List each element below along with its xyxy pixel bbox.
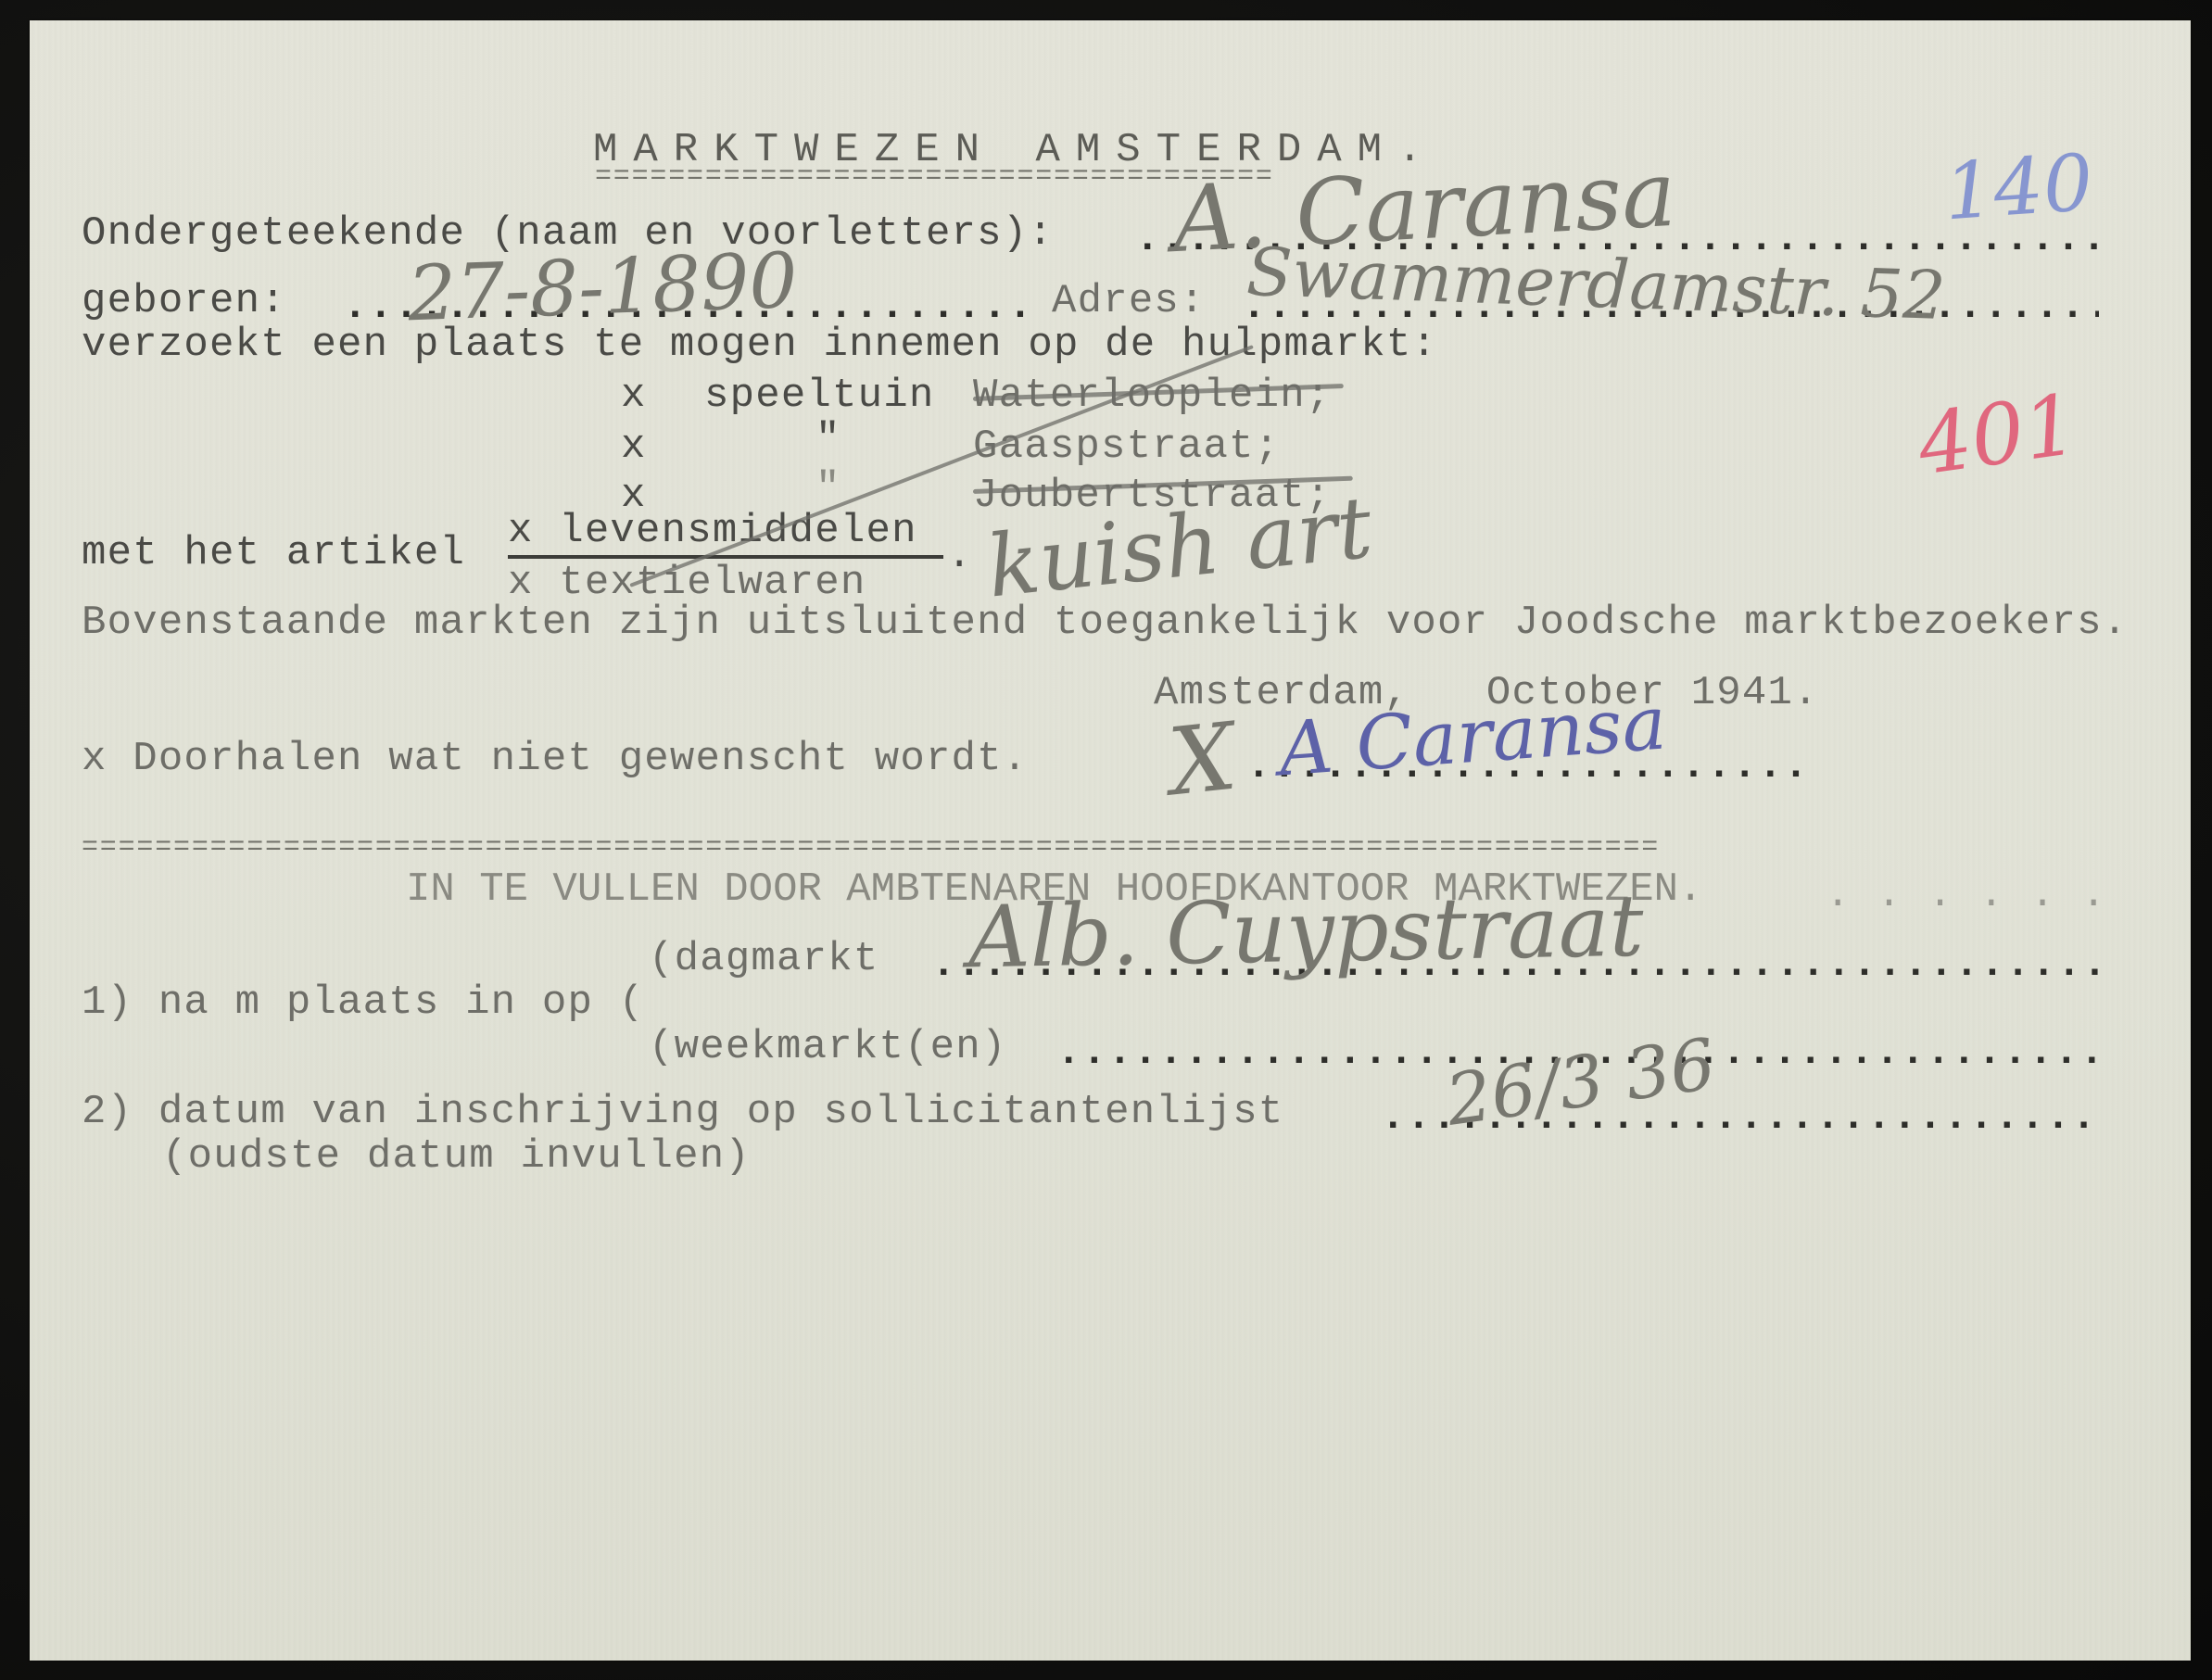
article-option-textile: x textielwaren <box>508 562 866 603</box>
market-marker: x <box>621 426 647 467</box>
market-marker: x <box>621 375 647 416</box>
week-market-label: (weekmarkt(en) <box>649 1027 1006 1067</box>
born-value[interactable]: 27-8-1890 <box>407 244 799 334</box>
article-period: . <box>947 536 973 576</box>
day-market-label: (dagmarkt <box>649 939 878 979</box>
address-label: Adres: <box>1052 281 1206 322</box>
item1-label: 1) na m plaats in op ( <box>82 982 644 1023</box>
market-prefix: " <box>815 468 841 509</box>
item2-note: (oudste datum invullen) <box>162 1136 751 1177</box>
day-market-value[interactable]: Alb. Cuypstraat <box>967 884 1644 981</box>
red-annotation-number: 401 <box>1914 383 2083 487</box>
notice-text: Bovenstaande markten zijn uitsluitend to… <box>82 602 2128 643</box>
signature-mark: X <box>1165 711 1240 810</box>
article-fraction-line <box>508 555 943 559</box>
scan-background: MARKTWEZEN AMSTERDAM. ==================… <box>0 0 2212 1680</box>
market-prefix: " <box>815 419 841 460</box>
item2-label: 2) datum van inschrijving op sollicitant… <box>82 1092 1283 1132</box>
request-text: verzoekt een plaats te mogen innemen op … <box>82 324 1437 365</box>
market-name-gaaspstraat: Gaaspstraat; <box>973 426 1280 467</box>
article-label: met het artikel <box>82 533 465 574</box>
market-prefix: speeltuin <box>704 375 934 416</box>
section-separator: ========================================… <box>82 834 2100 862</box>
article-option-food: x levensmiddelen <box>508 511 917 551</box>
strike-instruction: x Doorhalen wat niet gewenscht wordt. <box>82 739 1028 779</box>
office-heading-dotted-tail: . . . . . . <box>1826 875 2104 916</box>
born-label: geboren: <box>82 281 286 322</box>
